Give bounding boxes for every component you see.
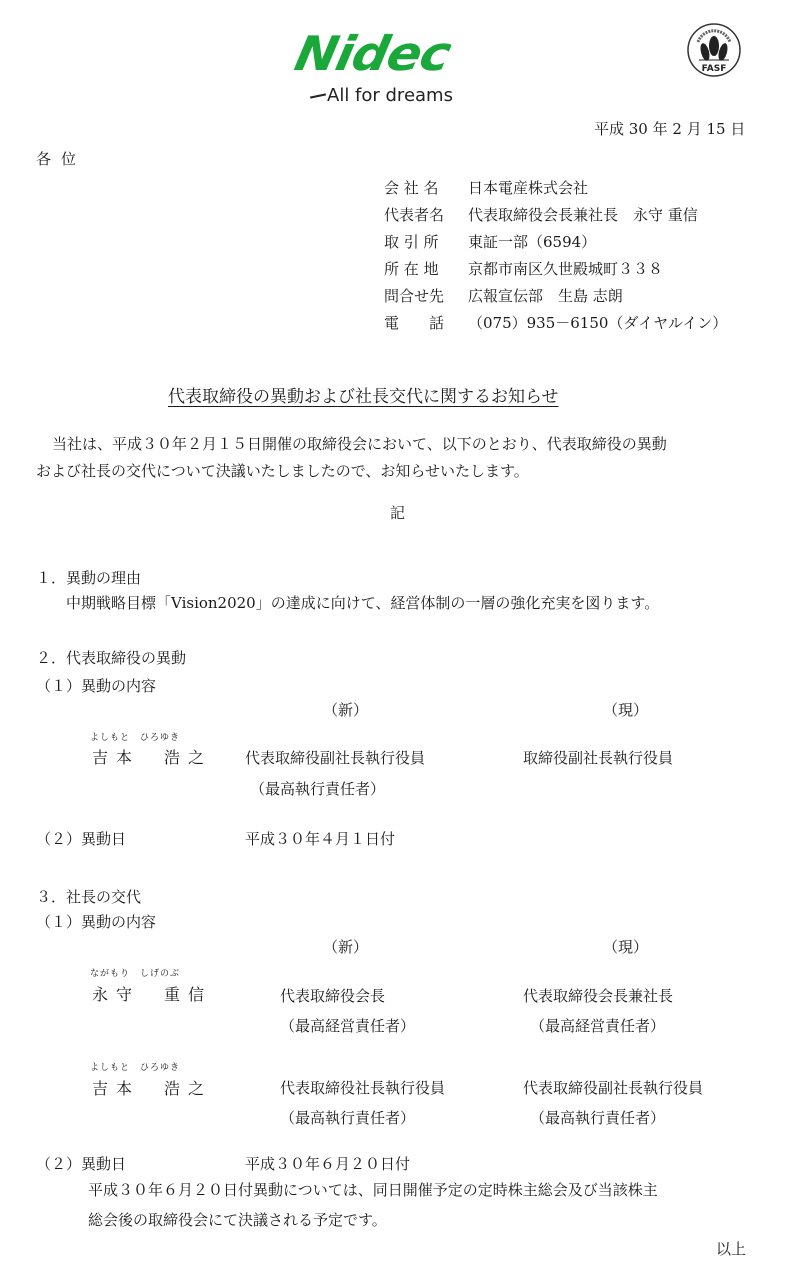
- current-title: 取締役副社長執行役員: [523, 747, 673, 768]
- fasf-seal-icon: FASF: [686, 22, 742, 78]
- section1-text: 中期戦略目標「Vision2020」の達成に向けて、経営体制の一層の強化充実を図…: [66, 592, 659, 613]
- person-name: 吉本 浩之: [92, 1076, 212, 1099]
- info-value: （075）935－6150（ダイヤルイン）: [468, 314, 727, 332]
- info-phone: 電 話（075）935－6150（ダイヤルイン）: [384, 313, 727, 333]
- new-subtitle: （最高経営責任者）: [280, 1015, 415, 1036]
- nidec-logo: Nidec: [291, 29, 455, 78]
- section3-sub1: （１）異動の内容: [36, 911, 156, 932]
- info-label: 会 社 名: [384, 178, 468, 198]
- info-label: 取 引 所: [384, 232, 468, 252]
- info-value: 日本電産株式会社: [468, 179, 588, 197]
- tagline-text: All for dreams: [327, 85, 453, 106]
- logo-tagline: All for dreams: [310, 84, 453, 108]
- info-address: 所 在 地京都市南区久世殿城町３３８: [384, 259, 663, 279]
- info-contact: 問合せ先広報宣伝部 生島 志朗: [384, 286, 623, 306]
- person-name: 吉本 浩之: [92, 745, 212, 768]
- section1-heading: １．異動の理由: [36, 567, 141, 588]
- furigana: よしもと ひろゆき: [90, 730, 180, 743]
- info-label: 代表者名: [384, 205, 468, 225]
- info-label: 問合せ先: [384, 286, 468, 306]
- current-subtitle: （最高経営責任者）: [530, 1015, 665, 1036]
- current-subtitle: （最高執行責任者）: [530, 1107, 665, 1128]
- info-label: 所 在 地: [384, 259, 468, 279]
- document-title: 代表取締役の異動および社長交代に関するお知らせ: [168, 382, 559, 407]
- info-company: 会 社 名日本電産株式会社: [384, 178, 588, 198]
- info-representative: 代表者名代表取締役会長兼社長 永守 重信: [384, 205, 698, 225]
- release-date: 平成 30 年 2 月 15 日: [594, 118, 745, 139]
- new-title: 代表取締役副社長執行役員: [245, 747, 425, 768]
- furigana: よしもと ひろゆき: [90, 1060, 180, 1073]
- info-value: 京都市南区久世殿城町３３８: [468, 260, 663, 278]
- person-name: 永守 重信: [92, 982, 212, 1005]
- section3-date-label: （２）異動日: [36, 1153, 126, 1174]
- new-subtitle: （最高執行責任者）: [280, 1107, 415, 1128]
- section3-col-current: （現）: [603, 936, 648, 957]
- section2-sub1: （１）異動の内容: [36, 675, 156, 696]
- section2-date-label: （２）異動日: [36, 828, 126, 849]
- section2-heading: ２．代表取締役の異動: [36, 647, 186, 668]
- section3-note-2: 総会後の取締役会にて決議される予定です。: [88, 1209, 387, 1230]
- ki-marker: 記: [0, 502, 795, 523]
- addressee: 各位: [36, 148, 86, 169]
- intro-line-1: 当社は、平成３０年２月１５日開催の取締役会において、以下のとおり、代表取締役の異…: [52, 433, 667, 454]
- swoosh-icon: [310, 93, 326, 98]
- new-title: 代表取締役社長執行役員: [280, 1077, 445, 1098]
- section2-col-current: （現）: [603, 699, 648, 720]
- new-subtitle: （最高執行責任者）: [250, 778, 385, 799]
- info-value: 代表取締役会長兼社長 永守 重信: [468, 206, 698, 224]
- info-value: 東証一部（6594）: [468, 233, 596, 251]
- current-title: 代表取締役副社長執行役員: [523, 1077, 703, 1098]
- section3-col-new: （新）: [323, 936, 368, 957]
- section3-note-1: 平成３０年６月２０日付異動については、同日開催予定の定時株主総会及び当該株主: [88, 1179, 658, 1200]
- section3-heading: ３．社長の交代: [36, 886, 141, 907]
- intro-line-2: および社長の交代について決議いたしましたので、お知らせいたします。: [36, 460, 529, 481]
- info-label: 電 話: [384, 313, 468, 333]
- new-title: 代表取締役会長: [280, 985, 385, 1006]
- closing-mark: 以上: [716, 1238, 746, 1259]
- info-exchange: 取 引 所東証一部（6594）: [384, 232, 596, 252]
- furigana: ながもり しげのぶ: [90, 966, 180, 979]
- section3-date-value: 平成３０年６月２０日付: [245, 1153, 410, 1174]
- svg-text:FASF: FASF: [702, 64, 727, 74]
- section2-date-value: 平成３０年４月１日付: [245, 828, 395, 849]
- current-title: 代表取締役会長兼社長: [523, 985, 673, 1006]
- section2-col-new: （新）: [323, 699, 368, 720]
- info-value: 広報宣伝部 生島 志朗: [468, 287, 623, 305]
